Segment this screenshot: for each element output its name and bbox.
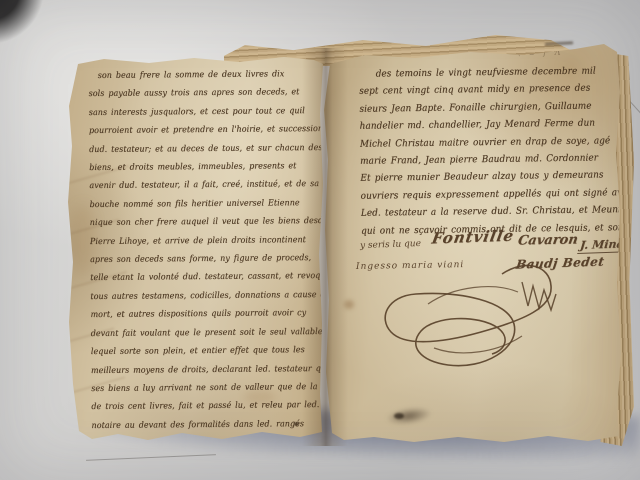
- manuscript-line: nique son cher frere auquel il veut que …: [90, 212, 306, 232]
- manuscript-line: de trois cent livres, fait et passé lu, …: [91, 396, 307, 416]
- signature-cavaron: Cavaron: [517, 232, 579, 248]
- signature-baudj-bedet: Baudj Bedet: [515, 254, 605, 271]
- stain: [344, 300, 354, 309]
- stain: [385, 405, 433, 427]
- manuscript-line: devant fait voulant que le present soit …: [91, 323, 307, 343]
- manuscript-line: son beau frere la somme de deux livres d…: [88, 65, 304, 85]
- signature-paraph-flourish: [370, 254, 582, 392]
- manuscript-line: tous autres testamens, codicilles, donna…: [90, 286, 306, 306]
- right-page-text: des temoins le vingt neufviesme decembre…: [359, 62, 619, 240]
- manuscript-photo: son beau frere la somme de deux livres d…: [0, 0, 640, 480]
- manuscript-line: Pierre Lihoye, et arrive de plein droits…: [90, 231, 306, 251]
- manuscript-line: sans interests jusqualors, et cest pour …: [89, 102, 305, 122]
- manuscript-line: lequel sorte son plein, et entier effet …: [91, 341, 307, 361]
- right-page: ( 2 ſ Λ des temoins le vingt neufviesme …: [320, 42, 626, 446]
- manuscript-line: mort, et autres dispositions quils pourr…: [90, 304, 306, 324]
- left-page-text: son beau frere la somme de deux livres d…: [88, 65, 323, 439]
- manuscript-line: ses biens a luy arrivant ne sont de vall…: [91, 378, 307, 398]
- manuscript-line: pourroient avoir et pretendre en l'hoiri…: [89, 120, 305, 140]
- manuscript-line: sols payable aussy trois ans apres son d…: [89, 84, 305, 104]
- manuscript-line: avenir dud. testateur, il a fait, creé, …: [89, 176, 305, 196]
- manuscript-line: dud. testateur; et au deces de tous, et …: [89, 139, 305, 159]
- manuscript-line: meilleurs moyens de droits, declarant le…: [91, 360, 307, 380]
- manuscript-line: notaire au devant des formalités dans le…: [91, 415, 307, 435]
- manuscript-line: bouche nommé son fils heritier universel…: [90, 194, 306, 214]
- surface-scratch: [86, 454, 216, 461]
- witness-note: y seris lu que: [360, 239, 421, 251]
- left-page: son beau frere la somme de deux livres d…: [64, 54, 324, 444]
- manuscript-line: apres son deceds sans forme, ny figure d…: [90, 249, 306, 269]
- manuscript-line: biens, et droits meubles, immeubles, pre…: [89, 157, 305, 177]
- manuscript-line: telle etant la volonté dud. testateur, c…: [90, 268, 306, 288]
- stain: [394, 413, 404, 419]
- signature-fontville: Fontville: [430, 227, 515, 248]
